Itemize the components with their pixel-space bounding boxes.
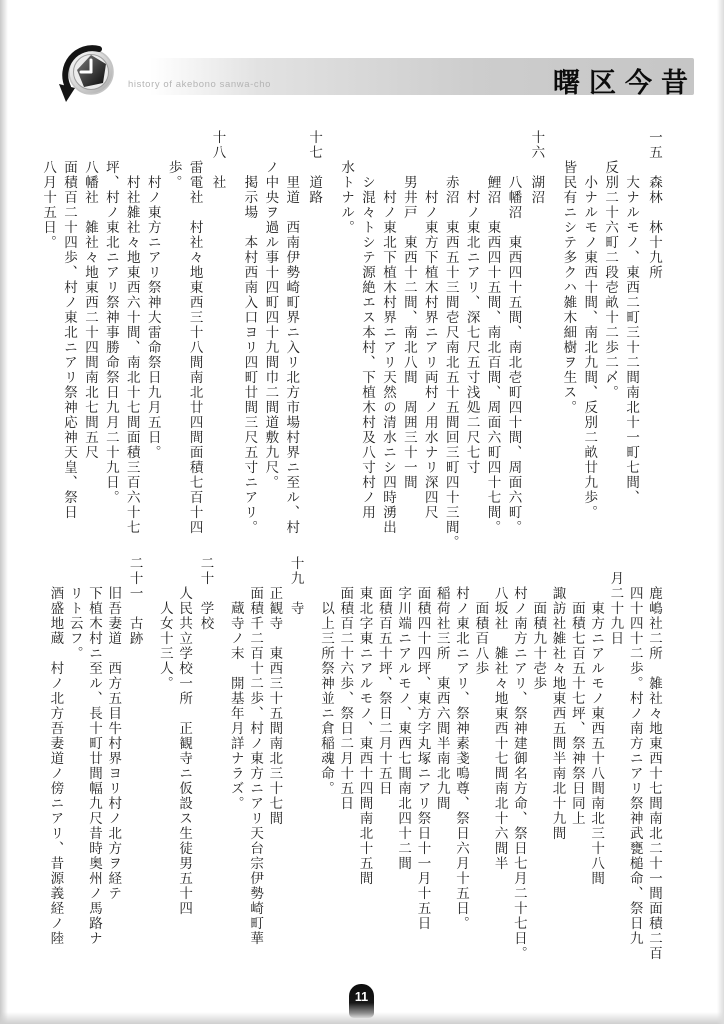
text-column: 村ノ東北下植木村界ニアリ天然の清水ニシ四時湧出 — [377, 130, 398, 554]
text-column: 村ノ南方ニアリ、祭神建御名方命、祭日七月二十七日。 — [510, 556, 529, 990]
text-column: 面積百二十六歩、祭日二月十五日 — [336, 556, 355, 990]
page-title: 曙区今昔 — [553, 61, 697, 100]
text-column: 面積百八歩 — [471, 556, 490, 990]
text-column: 字川端ニアルモノ、東西七間南北四十二間 — [394, 556, 413, 990]
text-column: 村ノ東北ニアリ、祭神素戔嗚尊、祭日六月十五日。 — [452, 556, 471, 990]
text-column: 掲示場 本村西南入口ヨリ四町廿間三尺五寸ニアリ。 — [238, 130, 259, 554]
text-column: 旧吾妻道 西方五目牛村界ヨリ村ノ北方ヲ経テ — [104, 556, 123, 990]
text-column: 面積百二十四歩、村ノ東北ニアリ祭神応神天皇、祭日 — [58, 130, 79, 554]
text-column: 八幡社 雑社々地東西二十四間南北七間五尺 — [79, 130, 100, 554]
vertical-text-band-lower: 鹿嶋社二所 雑社々地東西十七間南北二十一間面積二百四十四十二歩。村ノ南方ニアリ祭… — [46, 556, 664, 990]
text-column: 人女十三人。 — [156, 556, 175, 990]
text-column: 里道 西南伊勢崎町界ニ入リ北方市場村界ニ至ル、村 — [280, 130, 301, 554]
text-column: 大ナルモノ、東西二町三十二間南北十一町七間、 — [620, 130, 641, 554]
text-column: 稲荷社三所 東西六間半南北九間 — [432, 556, 451, 990]
text-column: ノ中央ヲ過ル事十四町四十九間巾二間道敷九尺。 — [259, 130, 280, 554]
text-column: 赤沼 東西五十三間壱尺南北五十五間回三町四十三間。 — [440, 130, 461, 554]
scan-edge-left — [0, 0, 8, 1024]
text-column: 皆民有ニシテ多クハ雑木細樹ヲ生ス。 — [557, 130, 578, 554]
text-column: 反別二十六町二段壱畝十二歩二〆。 — [599, 130, 620, 554]
text-column: 蔵寺ノ末 開基年月詳ナラズ。 — [226, 556, 245, 990]
text-column: 面積九十壱歩 — [529, 556, 548, 990]
page-number-badge: 11 — [349, 984, 374, 1018]
page-number: 11 — [355, 990, 368, 1004]
section-heading: 十六 湖沼 — [525, 130, 546, 554]
text-column: シ混々トシテ源絶エス本村、下植木村及八寸村ノ用 — [356, 130, 377, 554]
text-column: 面積千二百十二歩、村ノ東方ニアリ天台宗伊勢崎町華 — [246, 556, 265, 990]
section-heading: 十八 社 — [207, 130, 228, 554]
text-column: 面積百五十坪、祭日二月十五日 — [375, 556, 394, 990]
section-heading: 二十 学校 — [196, 556, 215, 990]
text-column: 面積四十四坪、東方字丸塚ニアリ祭日十一月十五日 — [413, 556, 432, 990]
text-column: 男井戸 東西十二間、南北八間 周囲三十一間 — [398, 130, 419, 554]
text-column: 東方ニアルモノ東西五十八間南北三十八間 — [587, 556, 606, 990]
text-column: 坪、村ノ東北ニアリ祭神事勝命祭日九月二十九日。 — [100, 130, 121, 554]
text-column: 村ノ東北ニアリ、深七尺五寸浅処二尺七寸 — [461, 130, 482, 554]
section-heading: 一五 森林 林十九所 — [643, 130, 664, 554]
text-column: 八月十五日。 — [37, 130, 58, 554]
text-column: リト云フ。 — [65, 556, 84, 990]
text-column: 下植木村ニ至ル、長十町廿間幅九尺昔時奥州ノ馬路ナ — [85, 556, 104, 990]
vertical-text-band-upper: 一五 森林 林十九所大ナルモノ、東西二町三十二間南北十一町七間、反別二十六町二段… — [37, 130, 664, 554]
text-column: 水トナル。 — [335, 130, 356, 554]
text-column: 正観寺 東西三十五間南北三十七間 — [265, 556, 284, 990]
text-column: 雷電社 村社々地東西三十八間南北廿四間面積七百十四 — [184, 130, 205, 554]
text-column: 東北字東ニアルモノ、東西十四間南北十五間 — [355, 556, 374, 990]
text-column: 人民共立学校一所 正観寺ニ仮設ス生徒男五十四 — [175, 556, 194, 990]
text-column: 四十四十二歩。村ノ南方ニアリ祭神武甕槌命、祭日九 — [625, 556, 644, 990]
text-column: 鯉沼 東西四十五間、南北百間、周面六町四十七間。 — [482, 130, 503, 554]
text-column: 小ナルモノ東西十間、南北九間、反別二畝廿九歩。 — [578, 130, 599, 554]
section-heading: 十九 寺 — [286, 556, 305, 990]
text-column: 面積七百五十七坪、祭神祭日同上 — [568, 556, 587, 990]
text-column: 以上三所祭神並ニ倉稲魂命。 — [317, 556, 336, 990]
text-column: 月二十九日 — [606, 556, 625, 990]
text-column: 鹿嶋社二所 雑社々地東西十七間南北二十一間面積二百 — [645, 556, 664, 990]
text-column: 酒盛地蔵 村ノ北方吾妻道ノ傍ニアリ、昔源義経ノ陸 — [46, 556, 65, 990]
section-heading: 十七 道路 — [303, 130, 324, 554]
text-column: 村社雑社々地東西六十間、南北十七間面積三百六十七 — [121, 130, 142, 554]
text-column: 村ノ東方下植木村界ニアリ両村ノ用水ナリ深四尺 — [419, 130, 440, 554]
scanned-book-page: { "header": { "title": "曙区今昔", "subtitle… — [0, 0, 724, 1024]
text-column: 八坂社 雑社々地東西十七間南北十六間半 — [490, 556, 509, 990]
text-column: 村ノ東方ニアリ祭神大雷命祭日九月五日。 — [142, 130, 163, 554]
header-subtitle: history of akebono sanwa-cho — [128, 79, 271, 90]
text-column: 八幡沼 東西四十五間、南北壱町四十間、周面六町。 — [503, 130, 524, 554]
text-column: 諏訪社雑社々地東西五間半南北十九間 — [548, 556, 567, 990]
section-heading: 二十一 古跡 — [125, 556, 144, 990]
scan-edge-right — [717, 0, 724, 1024]
clock-history-icon — [55, 45, 123, 115]
text-column: 歩。 — [163, 130, 184, 554]
